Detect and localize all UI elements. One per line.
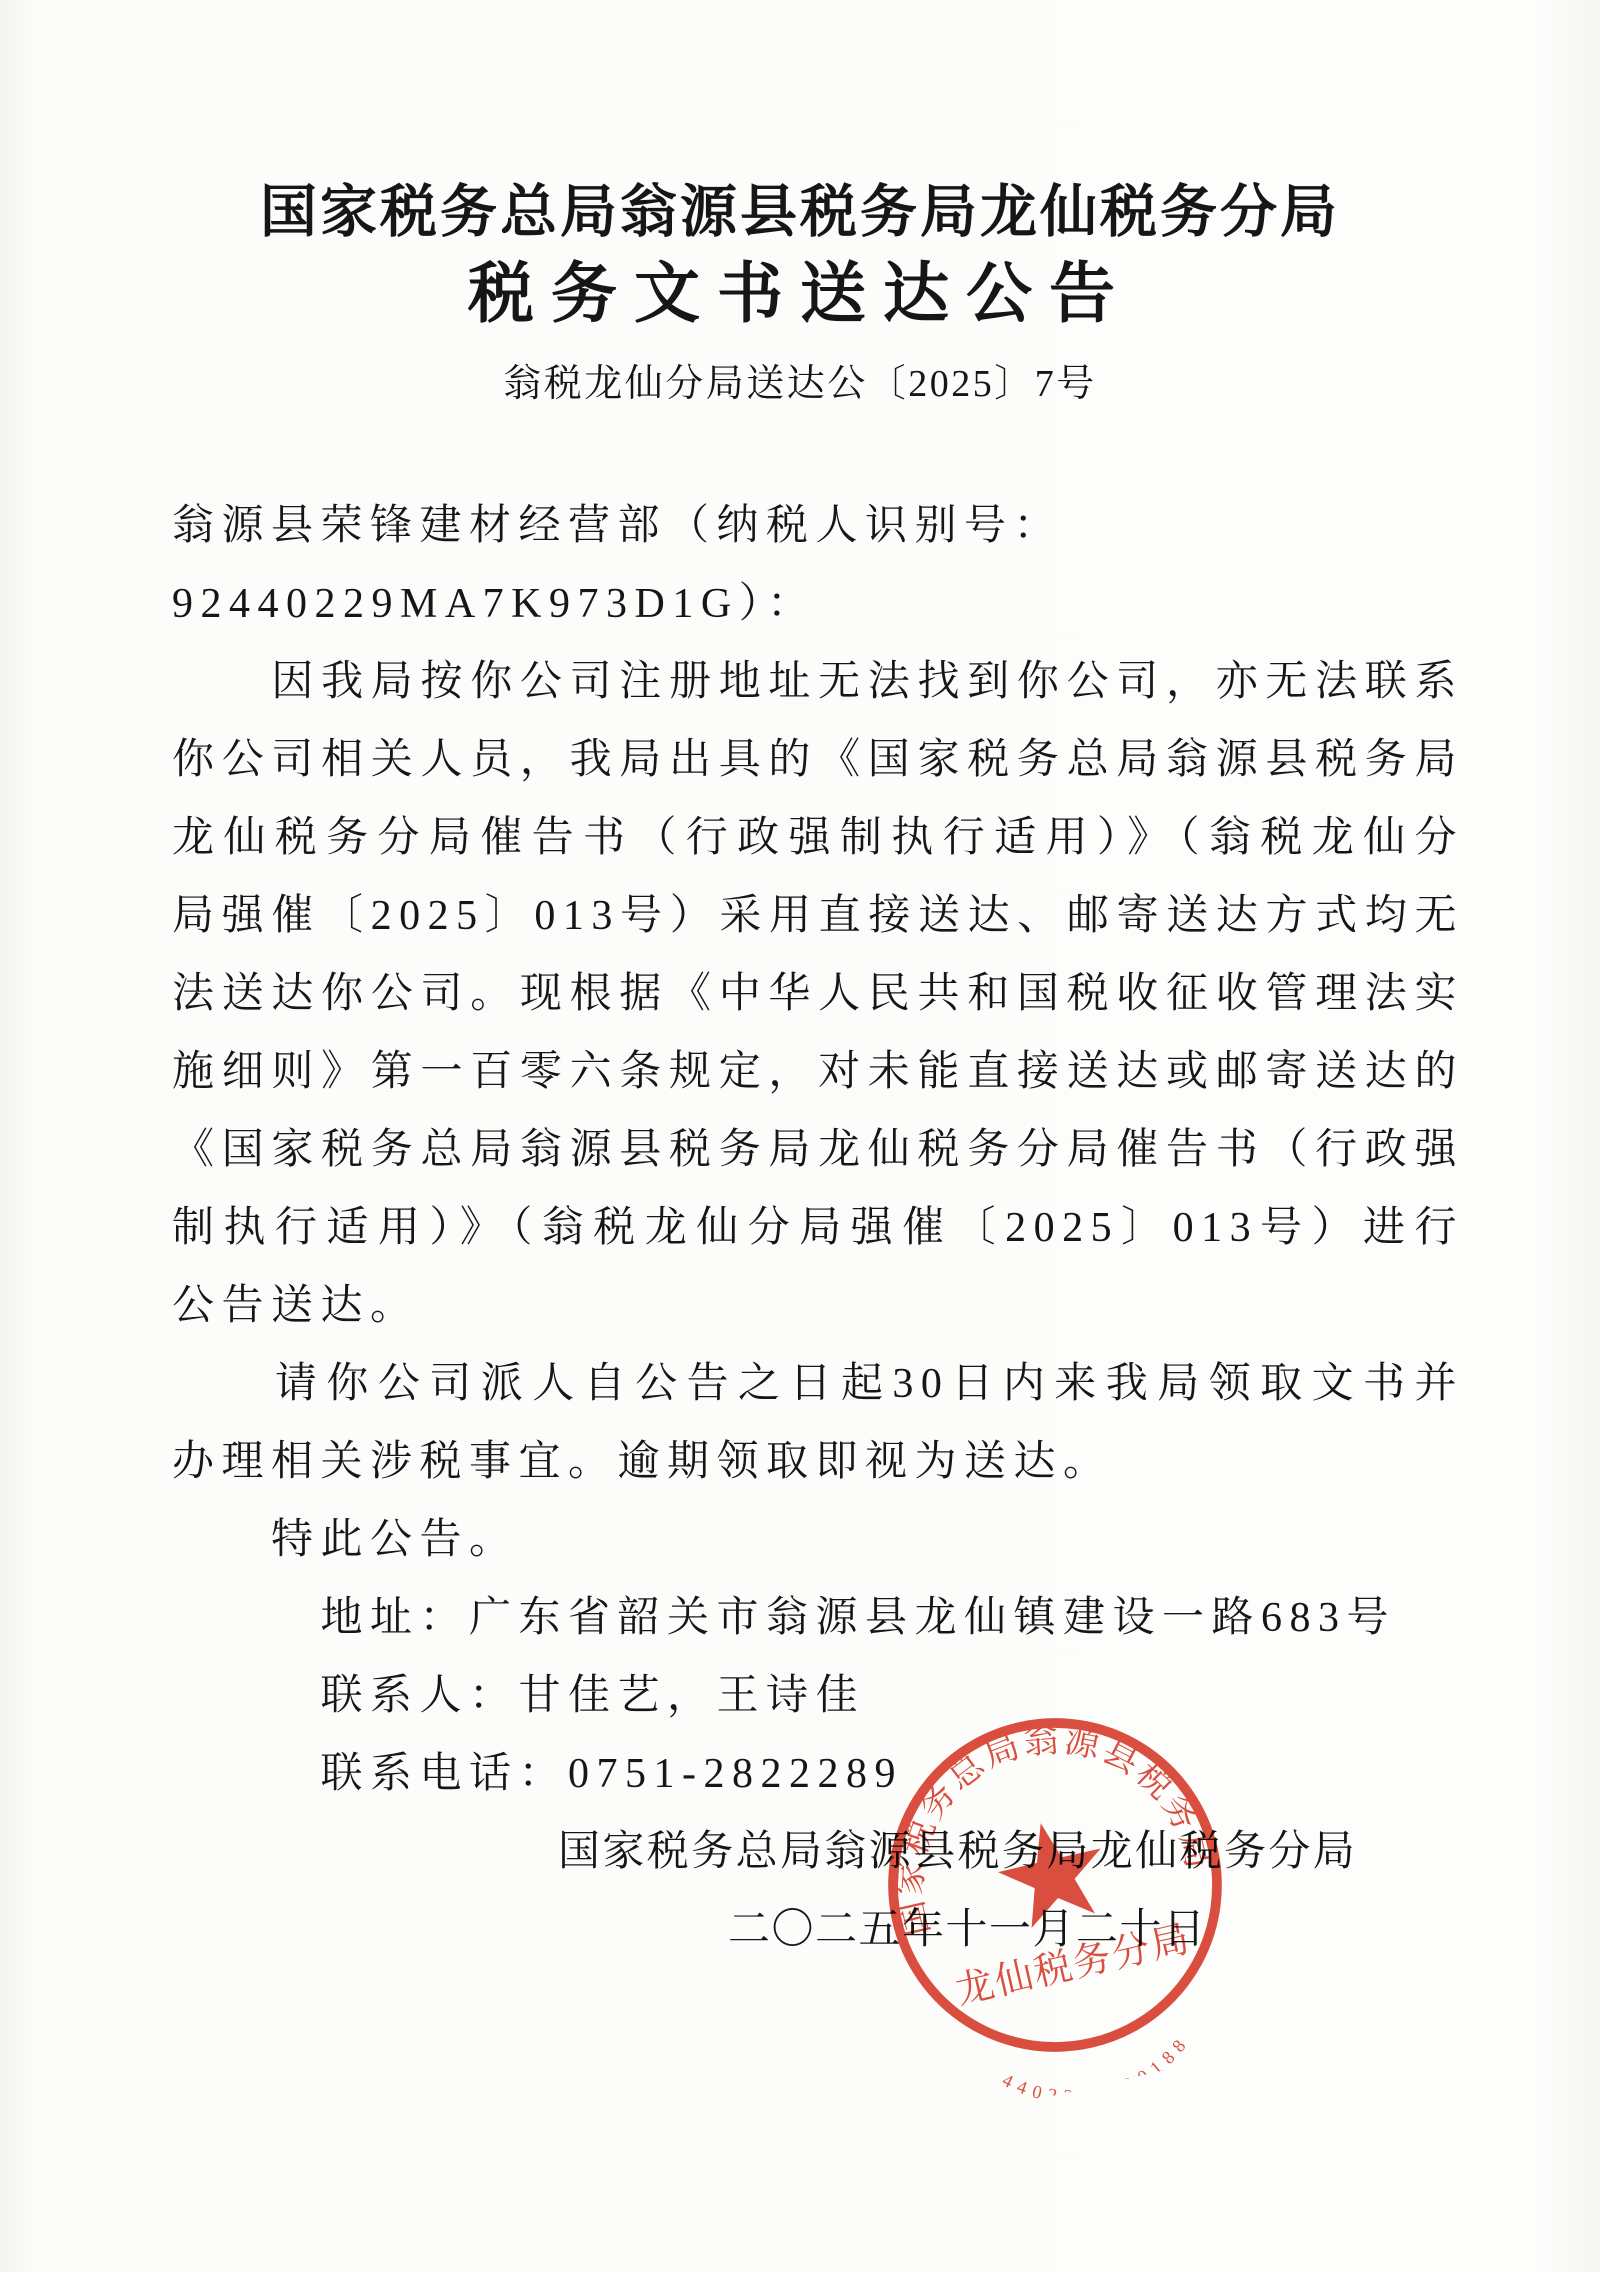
- body-line: 龙仙税务分局催告书（行政强制执行适用）》（翁税龙仙分: [172, 799, 1464, 877]
- body-line: 《国家税务总局翁源县税务局龙仙税务分局催告书（行政强: [172, 1111, 1464, 1189]
- body-line: 联系人：甘佳艺，王诗佳: [172, 1657, 1464, 1735]
- document-number: 翁税龙仙分局送达公〔2025〕7号: [0, 352, 1600, 407]
- signature-line: 国家税务总局翁源县税务局龙仙税务分局: [172, 1813, 1464, 1891]
- body-line: 办理相关涉税事宜。逾期领取即视为送达。: [172, 1423, 1464, 1501]
- body-line: 公告送达。: [172, 1267, 1464, 1345]
- body-line: 制执行适用）》（翁税龙仙分局强催〔2025〕013号）进行: [172, 1189, 1464, 1267]
- body-line: 翁源县荣锋建材经营部（纳税人识别号：: [172, 487, 1464, 565]
- body-line: 法送达你公司。现根据《中华人民共和国税收征收管理法实: [172, 955, 1464, 1033]
- document-body: 翁源县荣锋建材经营部（纳税人识别号：92440229MA7K973D1G）： 因…: [172, 487, 1464, 1969]
- scanned-document-page: 国家税务总局翁源县税务局龙仙税务分局 税务文书送达公告 翁税龙仙分局送达公〔20…: [0, 0, 1600, 2272]
- body-line: 你公司相关人员，我局出具的《国家税务总局翁源县税务局: [172, 721, 1464, 799]
- body-line: 92440229MA7K973D1G）：: [172, 565, 1464, 643]
- document-title-line1: 国家税务总局翁源县税务局龙仙税务分局: [0, 166, 1600, 248]
- body-line: 施细则》第一百零六条规定，对未能直接送达或邮寄送达的: [172, 1033, 1464, 1111]
- document-title-line2: 税务文书送达公告: [0, 240, 1600, 335]
- body-line: 局强催〔2025〕013号）采用直接送达、邮寄送达方式均无: [172, 877, 1464, 955]
- body-line: 特此公告。: [172, 1501, 1464, 1579]
- body-line: 请你公司派人自公告之日起30日内来我局领取文书并: [172, 1345, 1464, 1423]
- body-line: 因我局按你公司注册地址无法找到你公司，亦无法联系: [172, 643, 1464, 721]
- date-line: 二〇二五年十一月二十日: [172, 1891, 1464, 1969]
- body-line: 地址：广东省韶关市翁源县龙仙镇建设一路683号: [172, 1579, 1464, 1657]
- seal-code-wrap: 4402290020188: [996, 2028, 1203, 2125]
- seal-code: 4402290020188: [996, 2028, 1203, 2125]
- body-line: 联系电话：0751-2822289: [172, 1735, 1464, 1813]
